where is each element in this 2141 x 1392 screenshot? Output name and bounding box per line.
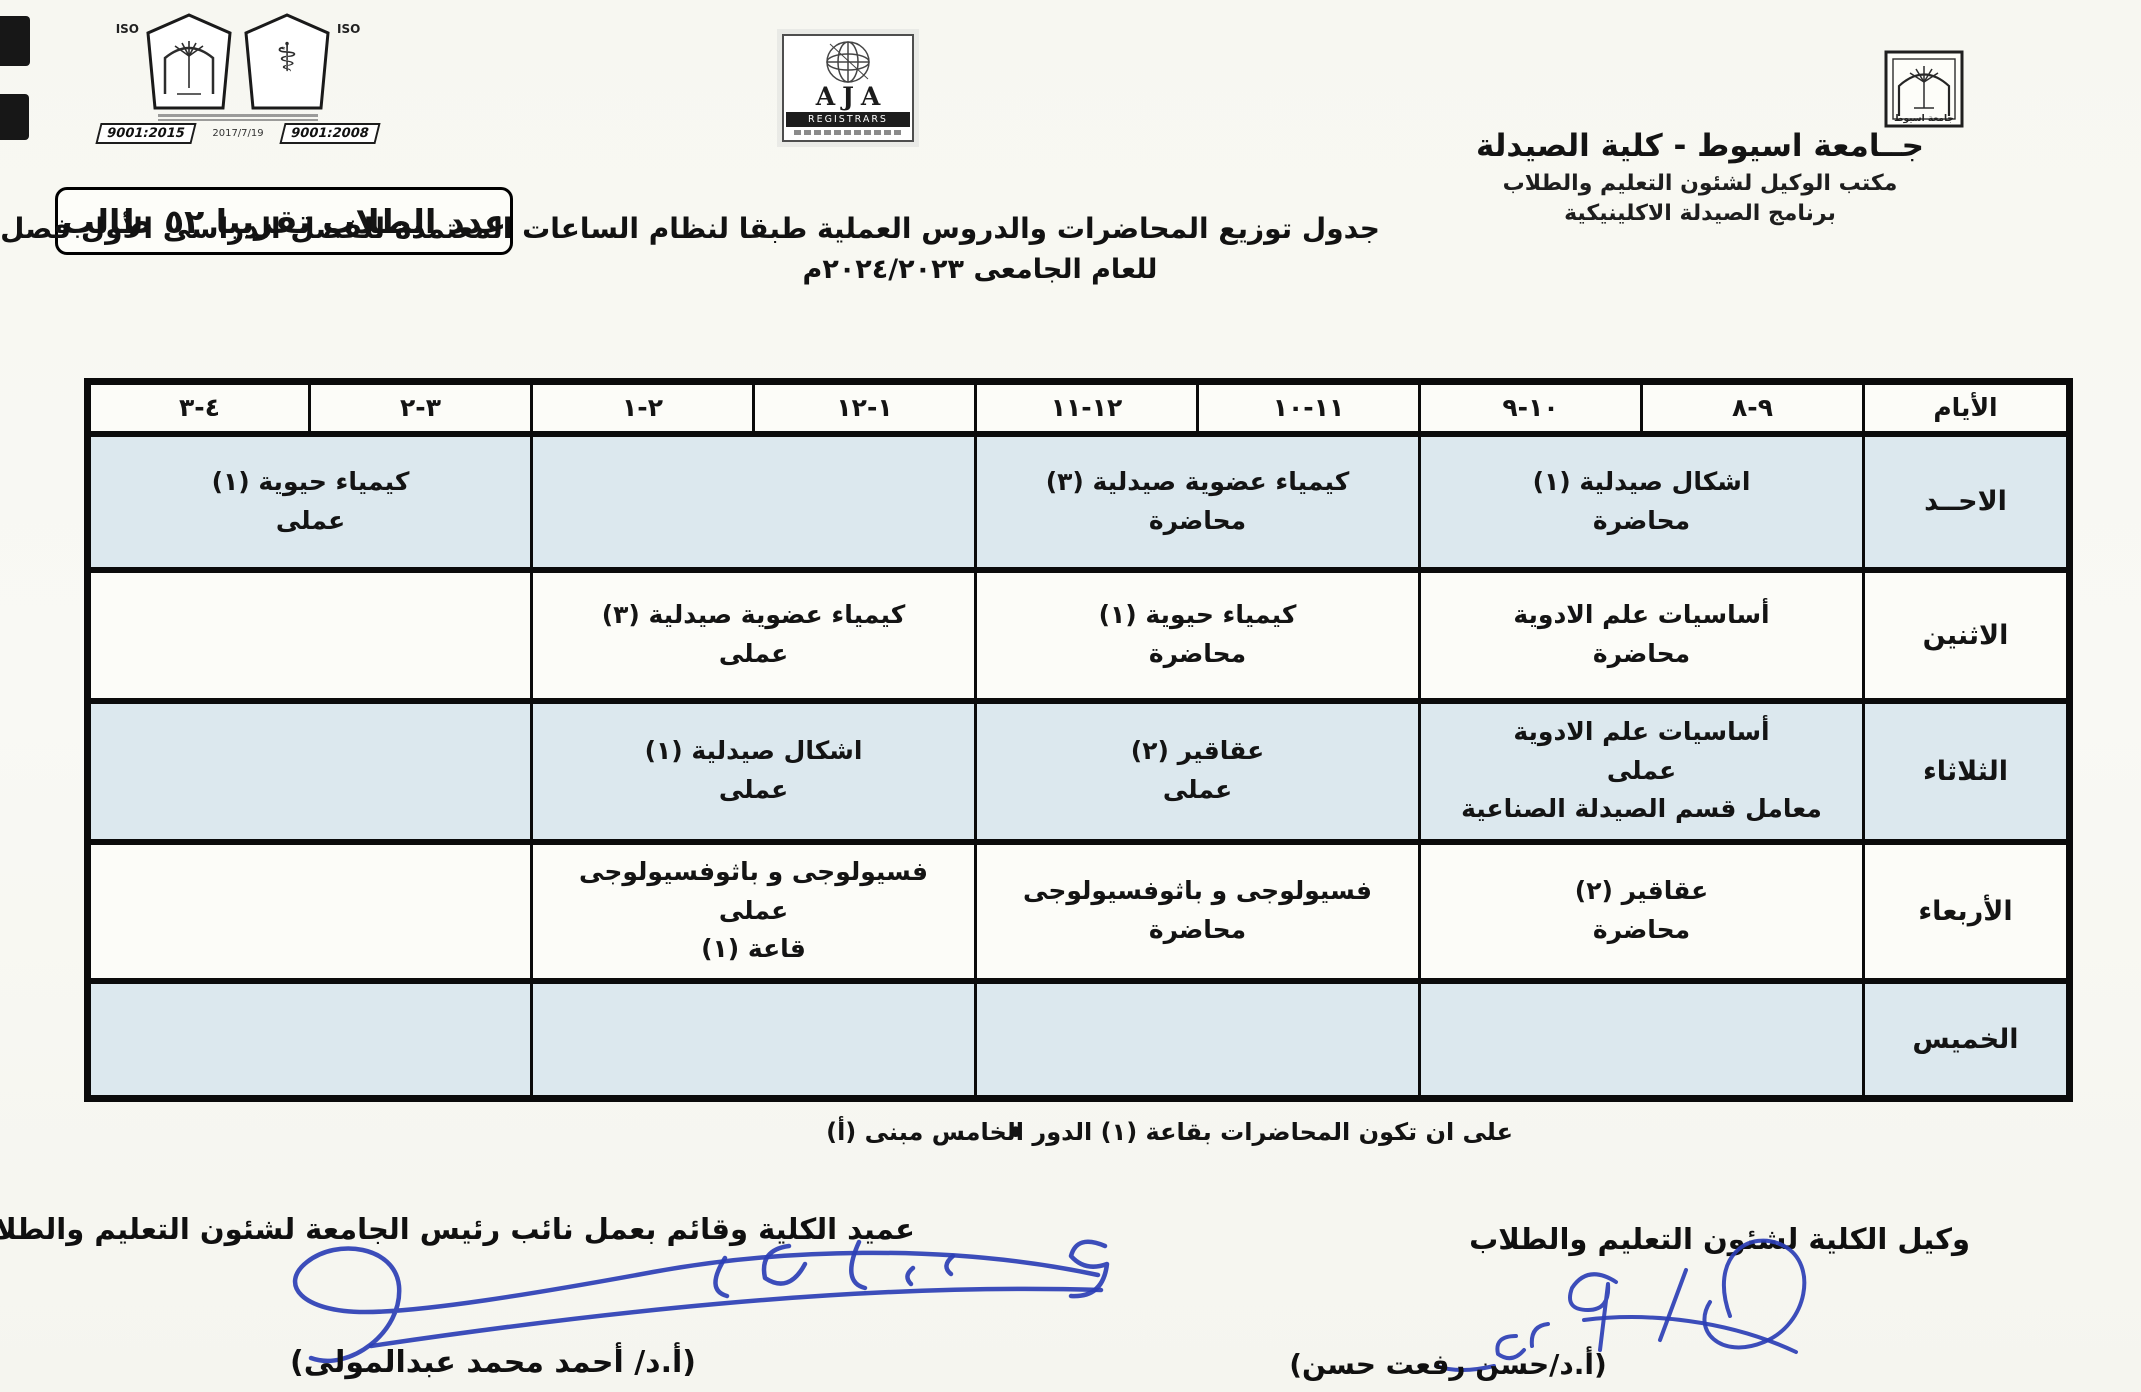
iso-badges-row: ISO [98,12,378,112]
schedule-cell: كيمياء حيوية (١) عملى [88,434,532,570]
schedule-cell [532,434,976,570]
day-label: الثلاثاء [1864,701,2070,842]
time-slot-header: ٣-٢ [310,382,532,434]
schedule-cell [88,570,532,701]
time-slot-header: ١٠-٩ [1420,382,1642,434]
schedule-cell: أساسيات علم الادوية عملى معامل قسم الصيد… [1420,701,1864,842]
scanned-schedule-page: ISO [0,0,2141,1392]
schedule-cell: كيمياء عضوية صيدلية (٣) محاضرة [976,434,1420,570]
schedule-cell: فسيولوجى و باثوفسيولوجى عملى قاعة (١) [532,842,976,981]
schedule-cell [88,701,532,842]
university-faculty-line: جــامعة اسيوط - كلية الصيدلة [1400,128,2000,164]
schedule-header-row: الأيام ٩-٨ ١٠-٩ ١١-١٠ ١٢-١١ ١-١٢ ٢-١ ٣-٢… [88,382,2070,434]
iso-ribbons: 9001:2015 2017/7/19 9001:2008 [98,123,378,144]
document-subtitle: للعام الجامعى ٢٠٢٤/٢٠٢٣م [680,254,1280,285]
schedule-row-sunday: الاحــد اشكال صيدلية (١) محاضرة كيمياء ع… [88,434,2070,570]
time-slot-header: ١-١٢ [754,382,976,434]
iso-certification-logos: ISO [98,12,378,144]
vice-dean-title: وكيل الكلية لشئون التعليم والطلاب [1500,1222,1970,1256]
time-slot-header: ١٢-١١ [976,382,1198,434]
iso-label-right: ISO [337,22,360,36]
schedule-cell [976,981,1420,1099]
schedule-cell [1420,981,1864,1099]
document-title: جدول توزيع المحاضرات والدروس العملية طبق… [380,212,1380,245]
university-logo-label: جامعة اسيوط [1884,114,1964,124]
dean-name: (أ.د/ أحمد محمد عبدالمولى) [258,1345,728,1380]
day-label: الاحــد [1864,434,2070,570]
schedule-cell: اشكال صيدلية (١) عملى [532,701,976,842]
iso-label-left: ISO [116,22,139,36]
footnote-text: على ان تكون المحاضرات بقاعة (١) الدور ال… [1035,1118,1513,1146]
day-label: الأربعاء [1864,842,2070,981]
schedule-row-tuesday: الثلاثاء أساسيات علم الادوية عملى معامل … [88,701,2070,842]
iso-shield-icon [141,12,237,112]
schedule-row-wednesday: الأربعاء عقاقير (٢) محاضرة فسيولوجى و با… [88,842,2070,981]
time-slot-header: ١١-١٠ [1198,382,1420,434]
day-label: الاثنين [1864,570,2070,701]
illegible-smallprint [148,114,328,121]
iso-badge-university [141,12,237,112]
day-label: الخميس [1864,981,2070,1099]
aja-registrars-band: REGISTRARS [786,112,910,127]
iso-ribbon-2015: 9001:2015 [95,123,196,144]
schedule-cell: عقاقير (٢) محاضرة [1420,842,1864,981]
vice-dean-name: (أ.د/حسن رفعت حسن) [1283,1348,1613,1381]
schedule-row-monday: الاثنين أساسيات علم الادوية محاضرة كيميا… [88,570,2070,701]
dean-title: عميد الكلية وقائم بعمل نائب رئيس الجامعة… [95,1212,915,1246]
iso-ribbon-2008: 9001:2008 [280,123,381,144]
schedule-cell: كيمياء عضوية صيدلية (٣) عملى [532,570,976,701]
time-slot-header: ٤-٣ [88,382,310,434]
schedule-cell: أساسيات علم الادوية محاضرة [1420,570,1864,701]
letterhead-right-block: جــامعة اسيوط - كلية الصيدلة مكتب الوكيل… [1400,128,2000,226]
days-column-header: الأيام [1864,382,2070,434]
iso-smallprint-date: 2017/7/19 [209,128,266,139]
schedule-cell: كيمياء حيوية (١) محاضرة [976,570,1420,701]
scan-artifact [0,94,29,140]
aja-wordmark: AJA [793,82,910,111]
time-slot-header: ٢-١ [532,382,754,434]
caduceus-icon: ⚕ [239,38,335,78]
aja-registrars-logo: AJA REGISTRARS [782,34,914,142]
schedule-cell: اشكال صيدلية (١) محاضرة [1420,434,1864,570]
schedule-cell: فسيولوجى و باثوفسيولوجى محاضرة [976,842,1420,981]
schedule-cell [88,981,532,1099]
globe-icon [822,39,874,85]
iso-badge-pharmacy: ⚕ [239,12,335,112]
schedule-cell [532,981,976,1099]
schedule-cell [88,842,532,981]
schedule-row-thursday: الخميس [88,981,2070,1099]
assiut-university-logo: جامعة اسيوط [1884,50,1964,130]
scan-artifact [0,16,30,66]
schedule-cell: عقاقير (٢) عملى [976,701,1420,842]
program-line: برنامج الصيدلة الاكلينيكية [1400,201,2000,226]
time-slot-header: ٩-٨ [1642,382,1864,434]
illegible-smallprint [794,130,902,135]
office-line: مكتب الوكيل لشئون التعليم والطلاب [1400,171,2000,196]
schedule-table: الأيام ٩-٨ ١٠-٩ ١١-١٠ ١٢-١١ ١-١٢ ٢-١ ٣-٢… [84,378,2073,1102]
